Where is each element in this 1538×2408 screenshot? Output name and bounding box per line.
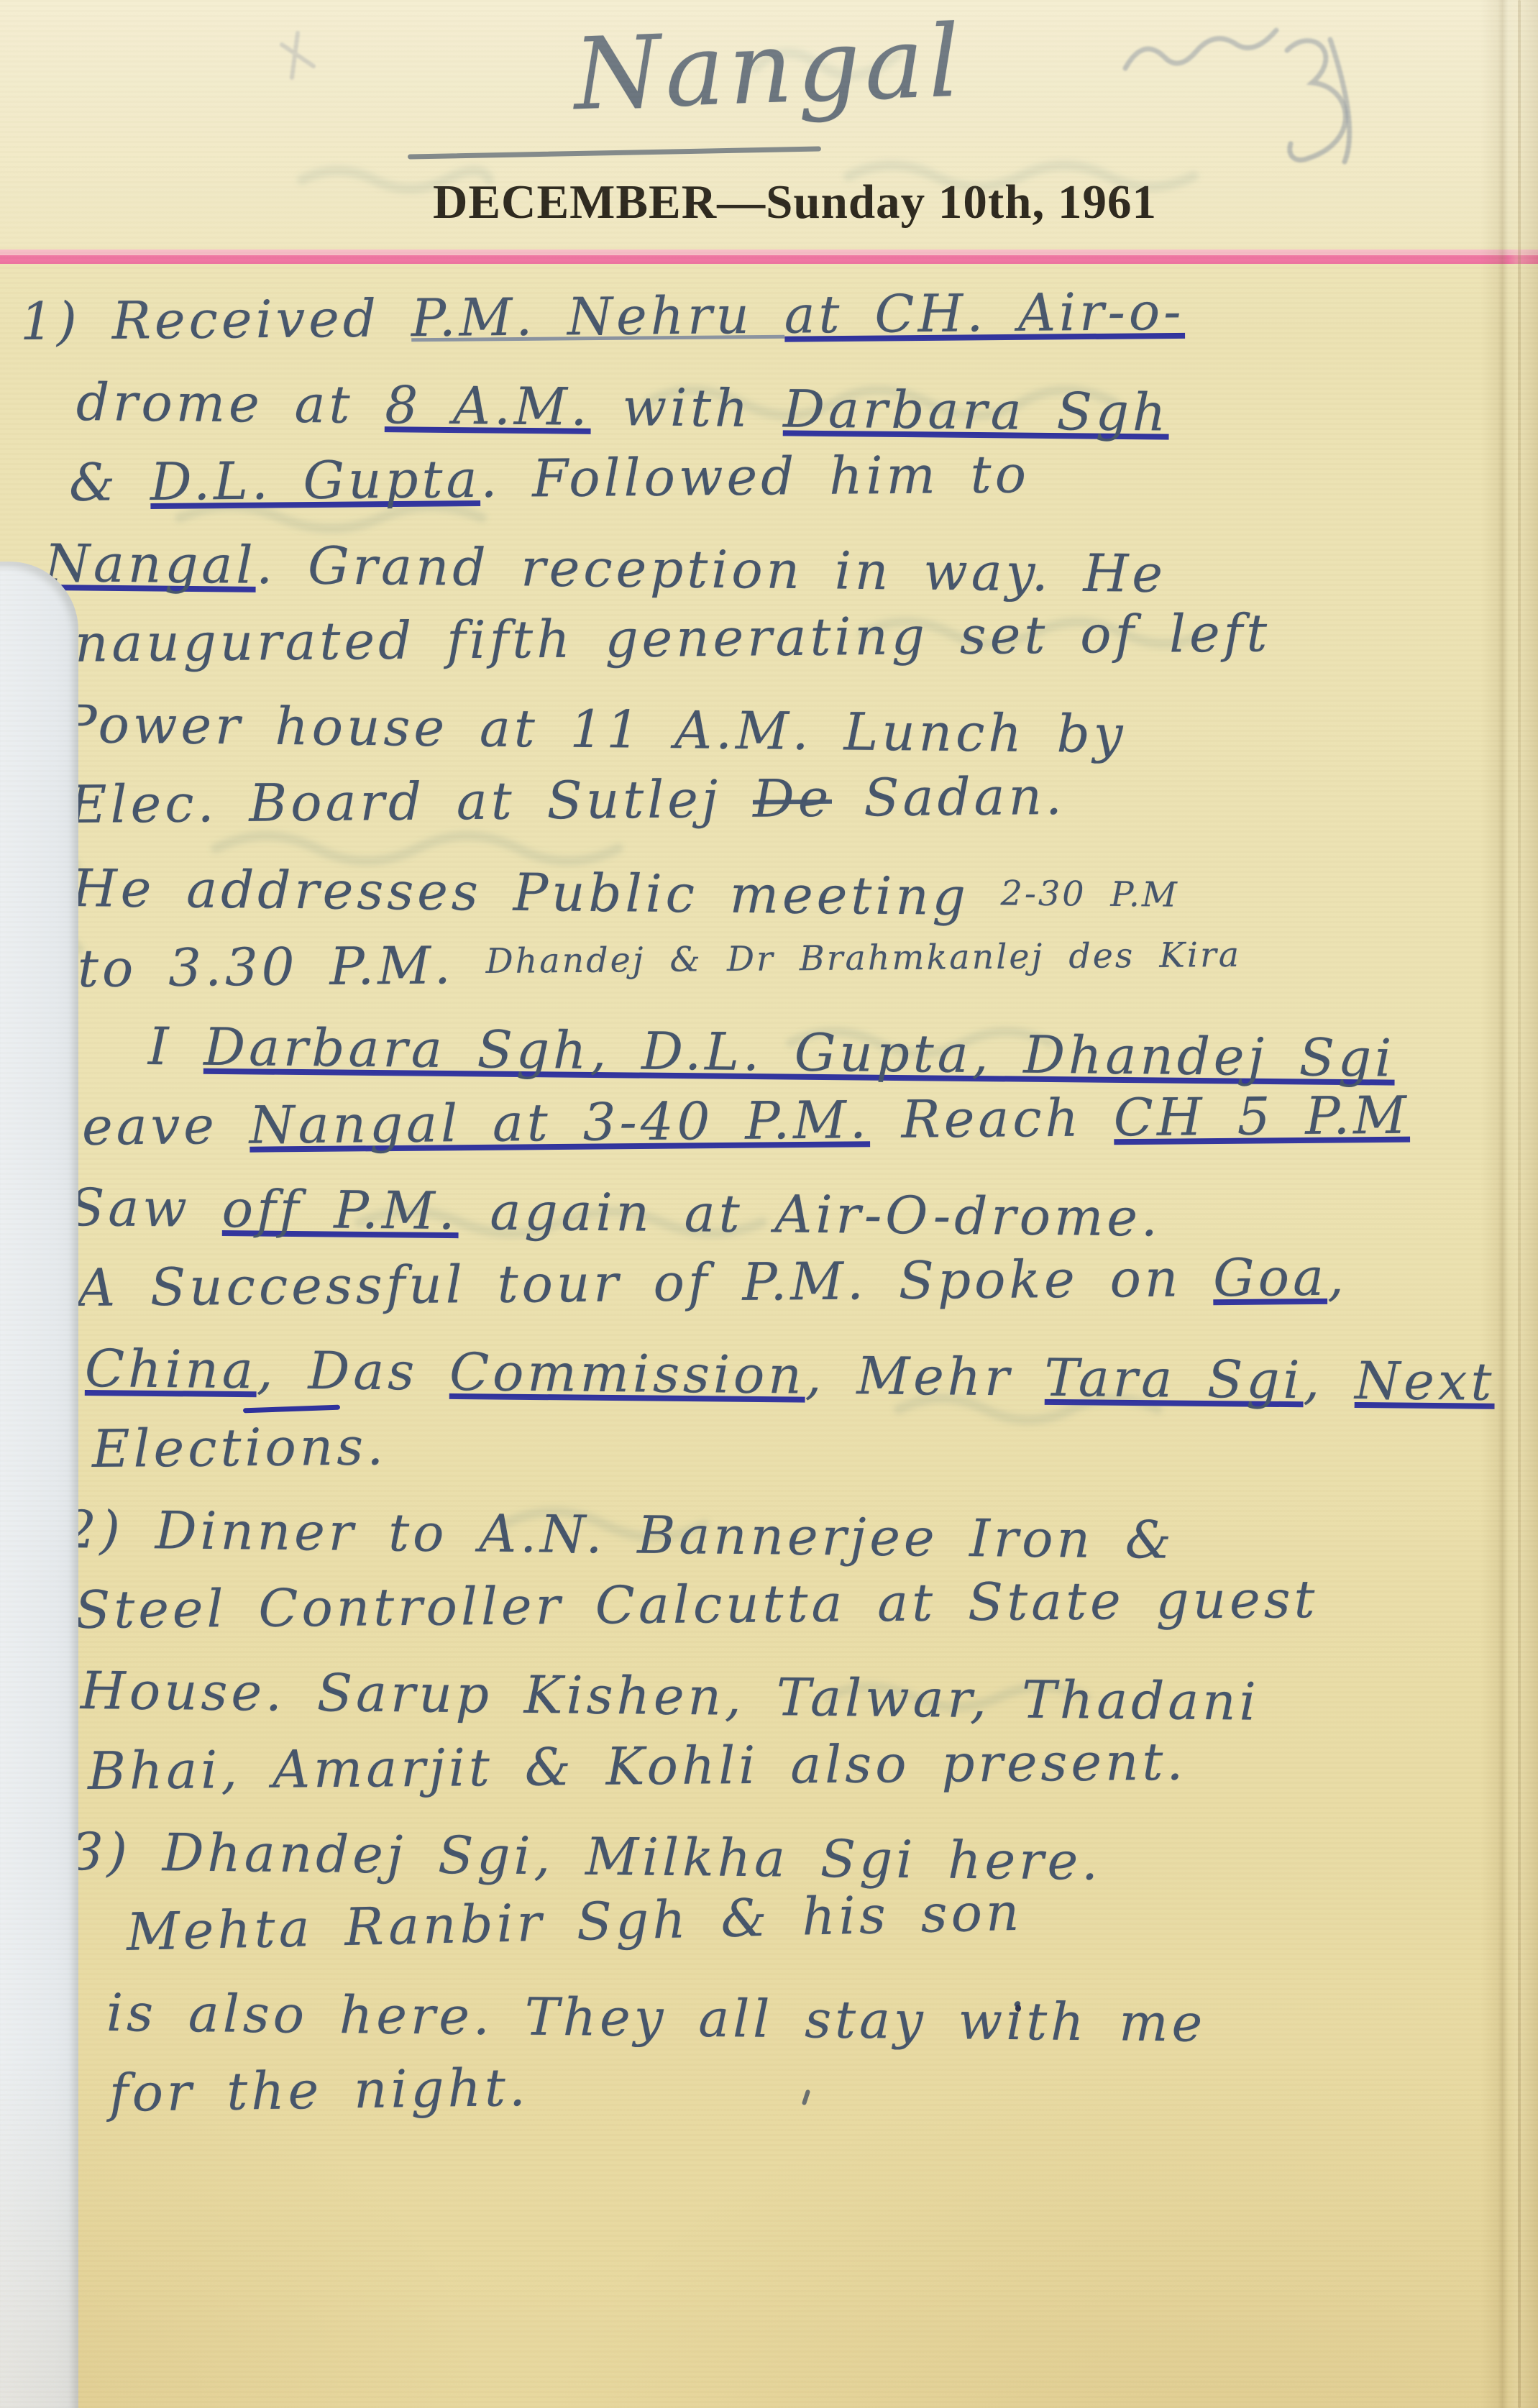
- entry-line: Elec. Board at Sutlej De Sadan.: [69, 754, 1538, 847]
- entry-text-segment: drome at: [76, 372, 385, 435]
- entry-text-segment: Power house at 11 A.M. Lunch by: [62, 694, 1127, 764]
- entry-text-segment: Dhandej & Dr Brahmkanlej des Kira: [485, 935, 1241, 981]
- entry-text-segment: ,: [1327, 1247, 1348, 1307]
- entry-line: A Successful tour of P.M. Spoke on Goa,: [78, 1237, 1538, 1330]
- entry-line: to 3.30 P.M. Dhandej & Dr Brahmkanlej de…: [78, 915, 1538, 1008]
- entry-text-segment: 1) Received: [20, 288, 412, 352]
- entry-text-segment: Bhai, Amarjit & Kohli also present.: [88, 1731, 1187, 1801]
- entry-text-segment: Goa: [1213, 1247, 1328, 1311]
- ruled-line: [0, 255, 1538, 264]
- entry-text-segment: China: [85, 1338, 257, 1403]
- entry-line: inaugurated fifth generating set of left: [55, 592, 1538, 686]
- entry-text-segment: Reach: [869, 1087, 1114, 1150]
- entry-line: leave Nangal at 3-40 P.M. Reach CH 5 P.M: [62, 1076, 1538, 1169]
- entry-text-segment: Saw: [69, 1177, 223, 1239]
- entry-text-segment: Nangal at 3-40 P.M.: [249, 1089, 870, 1158]
- entry-text-segment: P.M. Nehru: [411, 285, 784, 349]
- diary-entry: 1) Received P.M. Nehru at CH. Air-o-drom…: [0, 283, 1538, 2135]
- entry-text-segment: I: [148, 1016, 204, 1077]
- entry-text-segment: &: [69, 452, 151, 513]
- entry-text-segment: House. Sarup Kishen, Talwar, Thadani: [81, 1660, 1260, 1732]
- entry-text-segment: . Followed him to: [480, 444, 1030, 509]
- entry-text-segment: , Mehr: [805, 1345, 1045, 1408]
- entry-text-segment: Steel Controller Calcutta at State guest: [75, 1569, 1319, 1640]
- entry-text-segment: at CH. Air-o-: [784, 281, 1185, 348]
- entry-line: Bhai, Amarjit & Kohli also present.: [88, 1720, 1538, 1813]
- entry-text-segment: Elec. Board at Sutlej: [69, 769, 754, 835]
- entry-text-segment: Mehta Ranbir Sgh & his son: [126, 1882, 1023, 1962]
- entry-text-segment: Sadan.: [832, 766, 1066, 828]
- entry-text-segment: leave: [62, 1095, 250, 1157]
- entry-text-segment: with: [590, 377, 784, 439]
- entry-line: Elections.: [92, 1398, 1538, 1491]
- entry-text-segment: for the night.: [109, 2057, 529, 2123]
- entry-text-segment: , Das: [256, 1340, 449, 1402]
- entry-text-segment: off P.M.: [221, 1178, 459, 1244]
- page-title: Nangal: [0, 0, 1538, 155]
- entry-text-segment: He addresses Public meeting: [72, 858, 1001, 927]
- diary-page-scan: Nangal DECEMBER—Sunday 10th, 1961 1) Rec…: [0, 0, 1538, 2408]
- ink-speck: [1015, 2005, 1021, 2012]
- entry-line: 1) Received P.M. Nehru at CH. Air-o-: [20, 270, 1538, 364]
- entry-text-segment: Elections.: [92, 1416, 388, 1479]
- entry-text-segment: 8 A.M.: [385, 375, 591, 440]
- entry-text-segment: 2-30 P.M: [1000, 874, 1178, 915]
- entry-text-segment: inaugurated fifth generating set of left: [55, 603, 1271, 674]
- date-header: DECEMBER—Sunday 10th, 1961: [26, 175, 1538, 230]
- entry-text-segment: Commission: [449, 1342, 805, 1409]
- title-underline: [408, 146, 821, 159]
- entry-text-segment: . Grand reception in way. He: [256, 535, 1166, 604]
- entry-text-segment: D.L. Gupta: [150, 449, 481, 515]
- scan-white-edge: [0, 562, 78, 2408]
- entry-line: & D.L. Gupta. Followed him to: [69, 431, 1538, 525]
- entry-text-segment: A Successful tour of P.M. Spoke on: [78, 1248, 1214, 1318]
- entry-text-segment: De: [753, 768, 833, 829]
- entry-text-segment: Nangal: [45, 533, 257, 598]
- entry-line: Steel Controller Calcutta at State guest: [75, 1559, 1538, 1652]
- entry-text-segment: again at Air-O-drome.: [458, 1181, 1161, 1248]
- entry-text-segment: to 3.30 P.M.: [78, 935, 486, 999]
- entry-text-segment: 2) Dinner to A.N. Bannerjee Iron &: [63, 1499, 1176, 1570]
- ruled-line-highlight: [0, 250, 1538, 255]
- entry-text-segment: CH 5 P.M: [1113, 1085, 1410, 1151]
